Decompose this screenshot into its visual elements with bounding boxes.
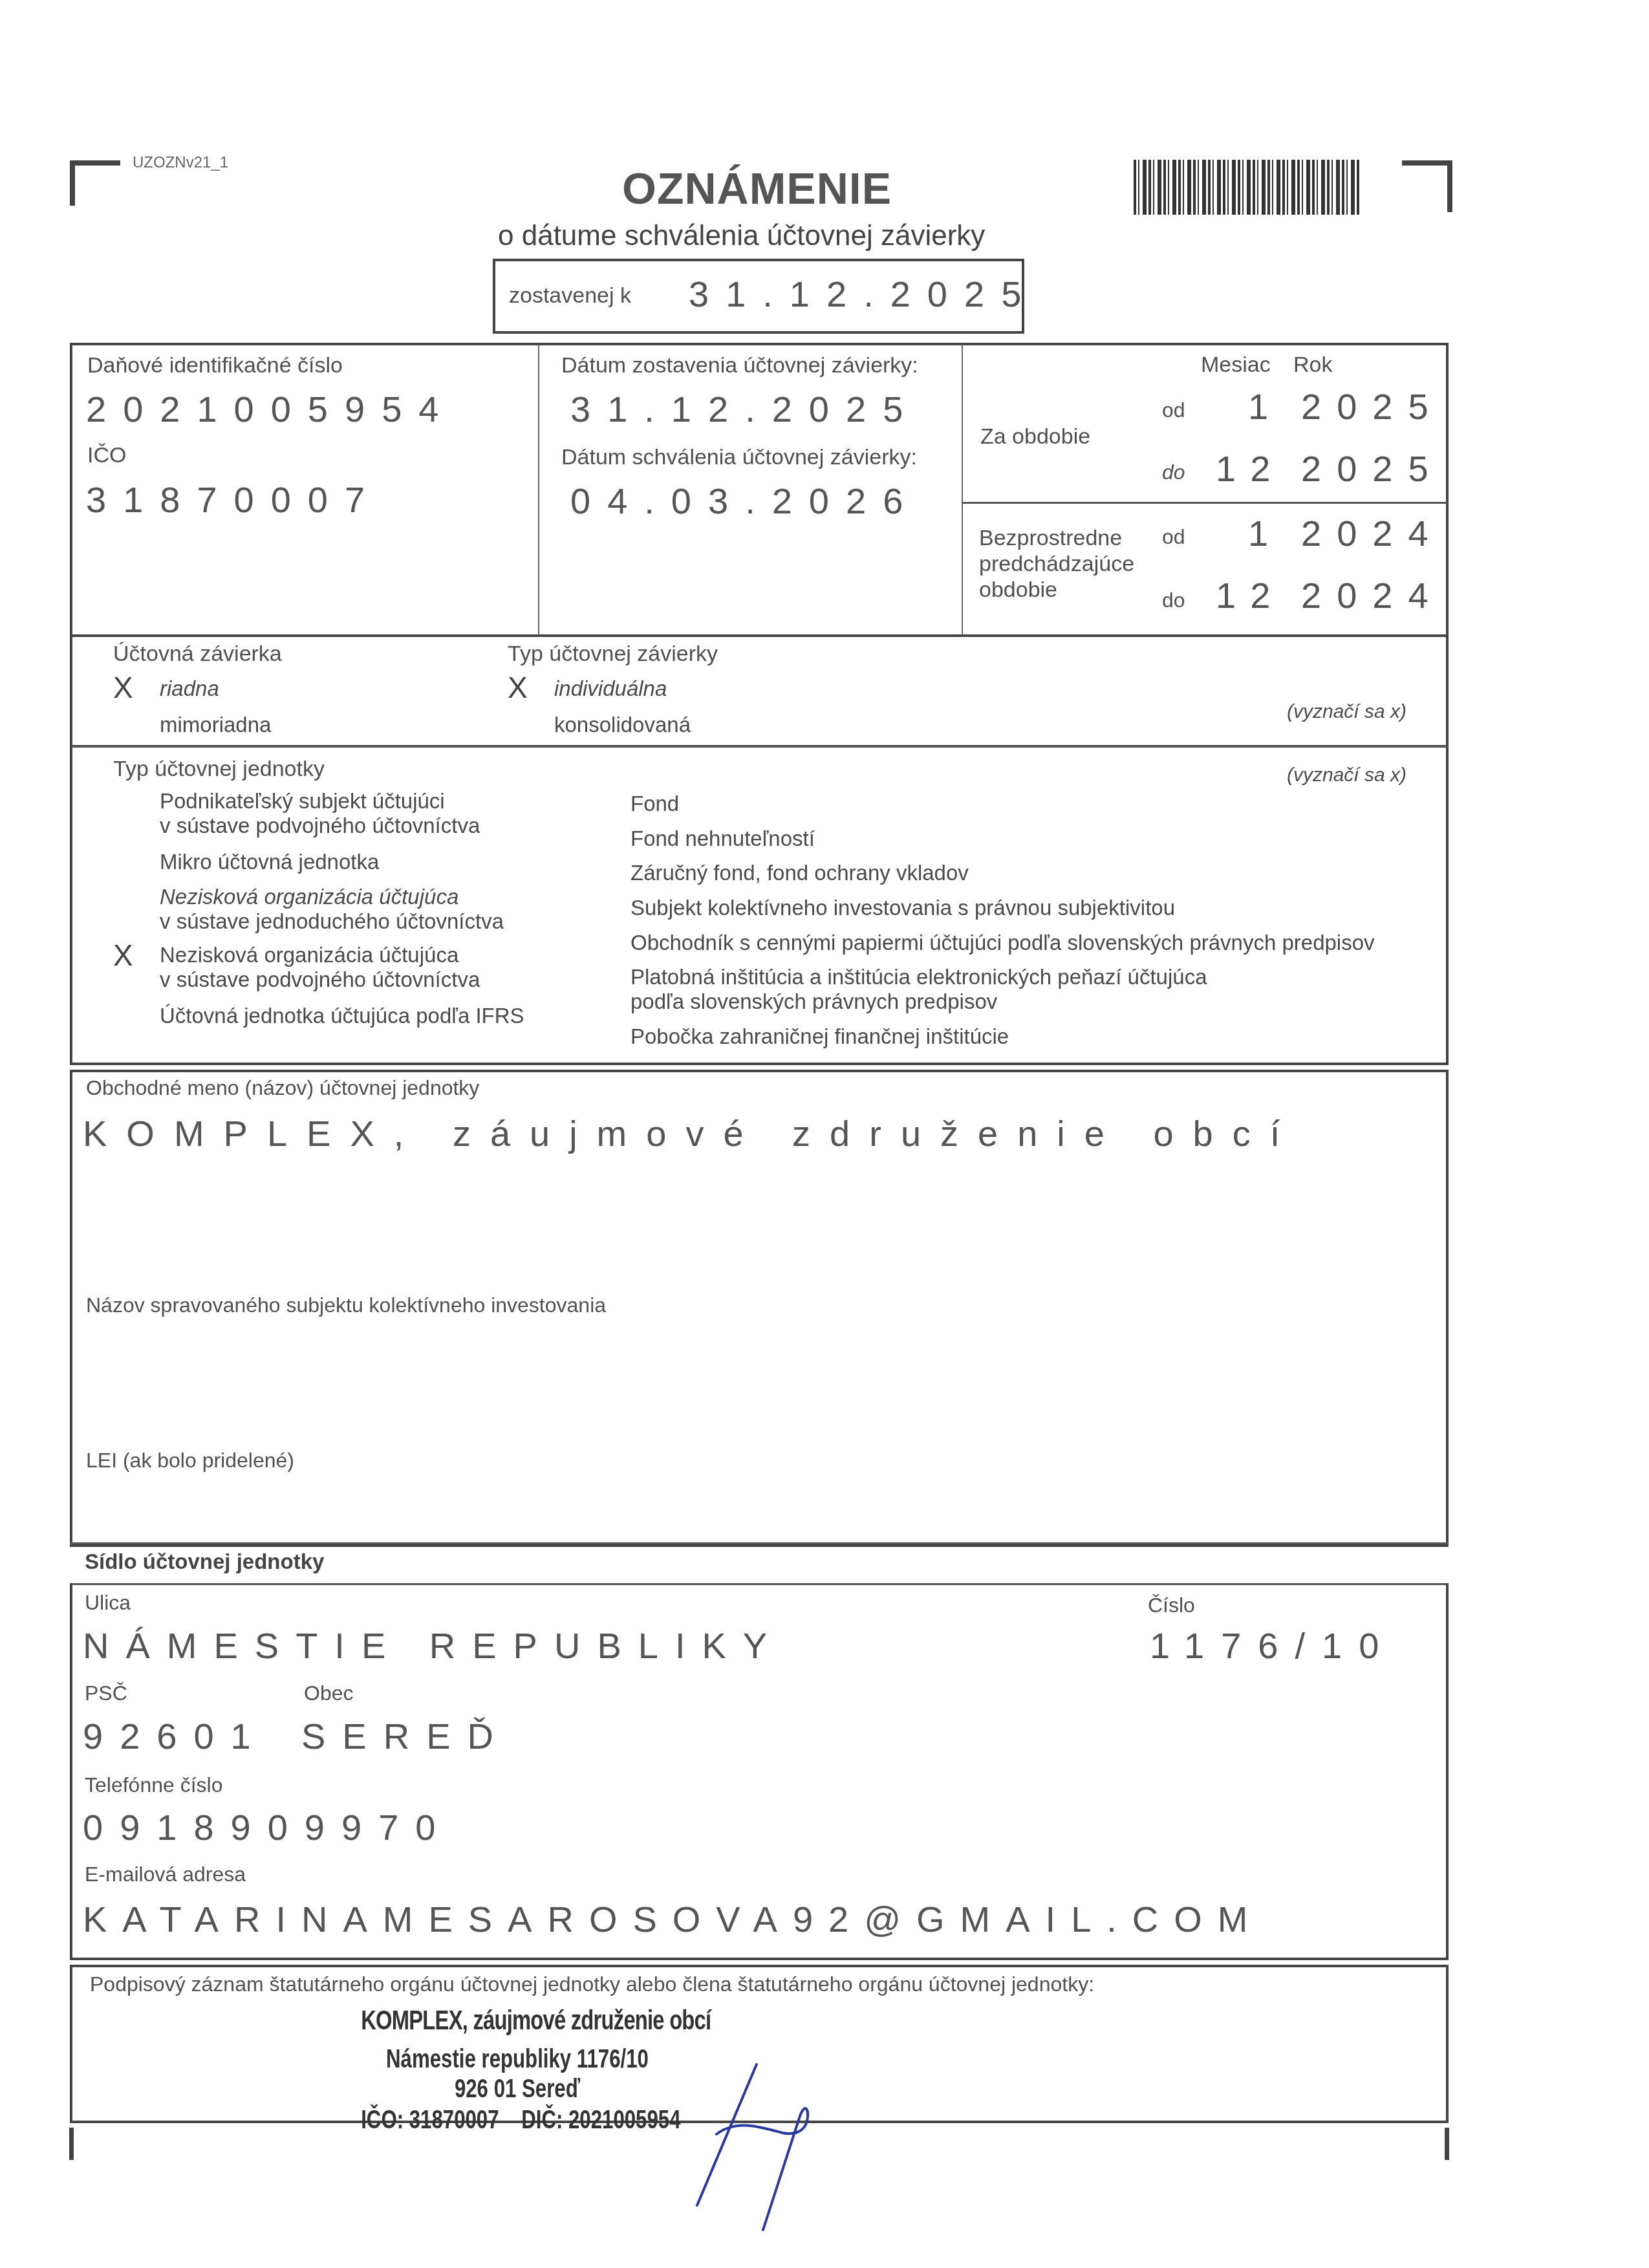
- statement-type-option-consolidated: konsolidovaná: [554, 713, 691, 737]
- previous-from-month[interactable]: 1: [1248, 512, 1268, 554]
- previous-to-year[interactable]: 2024: [1301, 574, 1444, 616]
- email-label: E-mailová adresa: [85, 1863, 246, 1886]
- stamp-line-name: KOMPLEX, záujmové združenie obcí: [361, 2005, 674, 2036]
- entity-option-nonprofit-single: Nezisková organizácia účtujúca v sústave…: [160, 885, 504, 934]
- entity-option-micro: Mikro účtovná jednotka: [160, 850, 379, 874]
- previous-from-label: od: [1162, 525, 1185, 549]
- divider: [962, 502, 1448, 504]
- registration-mark-bottom-left: [69, 2128, 74, 2160]
- divider: [962, 344, 963, 635]
- approval-date-label: Dátum schválenia účtovnej závierky:: [561, 445, 917, 470]
- page-subtitle: o dátume schválenia účtovnej závierky: [498, 220, 985, 252]
- current-period-label: Za obdobie: [980, 424, 1090, 449]
- address-section-label: Sídlo účtovnej jednotky: [85, 1550, 324, 1574]
- entity-option-nonprofit-double: Nezisková organizácia účtujúca v sústave…: [160, 943, 480, 992]
- number-label: Číslo: [1148, 1593, 1195, 1617]
- option-line: Mikro účtovná jednotka: [160, 850, 379, 874]
- option-line: v sústave podvojného účtovníctva: [160, 967, 480, 992]
- compiled-date-value[interactable]: 31.12.2025: [689, 273, 1038, 315]
- city-label: Obec: [304, 1681, 353, 1705]
- phone-value[interactable]: 0918909970: [83, 1806, 452, 1848]
- current-from-month[interactable]: 1: [1248, 385, 1268, 427]
- statement-kind-option-extraordinary: mimoriadna: [160, 713, 271, 737]
- option-line: v sústave podvojného účtovníctva: [160, 814, 480, 838]
- city-value[interactable]: SEREĎ: [301, 1715, 510, 1757]
- current-from-year[interactable]: 2025: [1301, 385, 1444, 427]
- option-line: Nezisková organizácia účtujúca: [160, 943, 480, 967]
- handwritten-signature: [685, 2057, 879, 2231]
- street-label: Ulica: [85, 1591, 131, 1615]
- mark-hint: (vyznačí sa x): [1287, 763, 1406, 788]
- entity-option-foreign-branch: Pobočka zahraničnej finančnej inštitúcie: [630, 1024, 1009, 1049]
- divider: [538, 344, 539, 635]
- compilation-date-value[interactable]: 31.12.2025: [570, 388, 920, 430]
- zip-value[interactable]: 92601: [83, 1715, 268, 1757]
- current-to-label: do: [1162, 460, 1185, 484]
- dic-label: Daňové identifikačné číslo: [87, 353, 343, 378]
- statement-kind-label: Účtovná závierka: [113, 642, 282, 667]
- entity-option-business: Podnikateľský subjekt účtujúci v sústave…: [160, 789, 480, 838]
- statement-type-option-individual: individuálna: [554, 676, 667, 701]
- entity-name-label: Obchodné meno (názov) účtovnej jednotky: [86, 1076, 479, 1100]
- approval-date-value[interactable]: 04.03.2026: [570, 480, 920, 522]
- previous-period-label: Bezprostredne predchádzajúce obdobie: [979, 525, 1134, 603]
- entity-name-value[interactable]: KOMPLEX, záujmové združenie obcí: [83, 1112, 1299, 1154]
- option-line: podľa slovenských právnych predpisov: [630, 989, 1207, 1014]
- entity-option-securities-dealer: Obchodník s cennými papiermi účtujúci po…: [630, 931, 1375, 955]
- current-from-label: od: [1162, 398, 1185, 422]
- entity-checkbox-nonprofit-double[interactable]: X: [113, 938, 133, 973]
- street-value[interactable]: NÁMESTIE REPUBLIKY: [83, 1625, 784, 1667]
- current-to-month[interactable]: 12: [1216, 448, 1284, 490]
- fund-name-label: Názov spravovaného subjektu kolektívneho…: [86, 1293, 606, 1317]
- registration-mark-top-left: [70, 160, 120, 206]
- statement-kind-option-regular: riadna: [160, 676, 219, 701]
- previous-period-label-line: obdobie: [979, 577, 1134, 603]
- stamp-line-city: 926 01 Sereď: [361, 2075, 674, 2104]
- entity-option-collective-investment: Subjekt kolektívneho investovania s práv…: [630, 896, 1175, 920]
- statement-type-checkbox-individual[interactable]: X: [508, 670, 528, 705]
- mark-hint: (vyznačí sa x): [1287, 700, 1406, 724]
- compiled-date-label: zostavenej k: [509, 283, 631, 308]
- entity-option-ifrs: Účtovná jednotka účtujúca podľa IFRS: [160, 1004, 524, 1028]
- entity-type-label: Typ účtovnej jednotky: [113, 757, 325, 782]
- current-to-year[interactable]: 2025: [1301, 448, 1444, 490]
- previous-to-label: do: [1162, 589, 1185, 612]
- month-header: Mesiac: [1201, 352, 1271, 378]
- number-value[interactable]: 1176/10: [1150, 1625, 1396, 1667]
- barcode: [1134, 160, 1360, 215]
- entity-option-fund: Fond: [630, 792, 679, 816]
- option-line: Platobná inštitúcia a inštitúcia elektro…: [630, 965, 1207, 989]
- ico-value[interactable]: 31870007: [86, 479, 382, 521]
- entity-option-real-estate-fund: Fond nehnuteľností: [630, 826, 815, 851]
- statement-kind-checkbox-regular[interactable]: X: [113, 670, 133, 705]
- divider: [70, 1542, 1449, 1544]
- previous-from-year[interactable]: 2024: [1301, 512, 1444, 554]
- registration-mark-top-right: [1402, 160, 1452, 212]
- lei-label: LEI (ak bolo pridelené): [86, 1449, 294, 1473]
- option-line: Účtovná jednotka účtujúca podľa IFRS: [160, 1004, 524, 1028]
- form-code: UZOZNv21_1: [133, 154, 228, 172]
- dic-value[interactable]: 2021005954: [86, 388, 455, 430]
- ico-label: IČO: [87, 443, 126, 468]
- option-line: Podnikateľský subjekt účtujúci: [160, 789, 480, 814]
- stamp-line-ids: IČO: 31870007 DIČ: 2021005954: [361, 2106, 674, 2135]
- option-line: Nezisková organizácia účtujúca: [160, 885, 504, 909]
- registration-mark-bottom-right: [1445, 2128, 1449, 2160]
- email-value[interactable]: KATARINAMESAROSOVA92@GMAIL.COM: [83, 1898, 1264, 1940]
- phone-label: Telefónne číslo: [85, 1773, 222, 1797]
- compilation-date-label: Dátum zostavenia účtovnej závierky:: [561, 353, 918, 378]
- entity-option-guarantee-fund: Záručný fond, fond ochrany vkladov: [630, 861, 969, 885]
- year-header: Rok: [1293, 352, 1332, 378]
- page-title: OZNÁMENIE: [622, 164, 892, 214]
- previous-period-label-line: predchádzajúce: [979, 551, 1134, 577]
- option-line: v sústave jednoduchého účtovníctva: [160, 909, 504, 934]
- stamp-line-street: Námestie republiky 1176/10: [361, 2045, 674, 2074]
- entity-option-payment-institution: Platobná inštitúcia a inštitúcia elektro…: [630, 965, 1207, 1014]
- previous-to-month[interactable]: 12: [1216, 574, 1284, 616]
- previous-period-label-line: Bezprostredne: [979, 525, 1134, 551]
- zip-label: PSČ: [85, 1681, 127, 1705]
- signature-label: Podpisový záznam štatutárneho orgánu účt…: [90, 1972, 1094, 1996]
- statement-type-label: Typ účtovnej závierky: [508, 642, 718, 667]
